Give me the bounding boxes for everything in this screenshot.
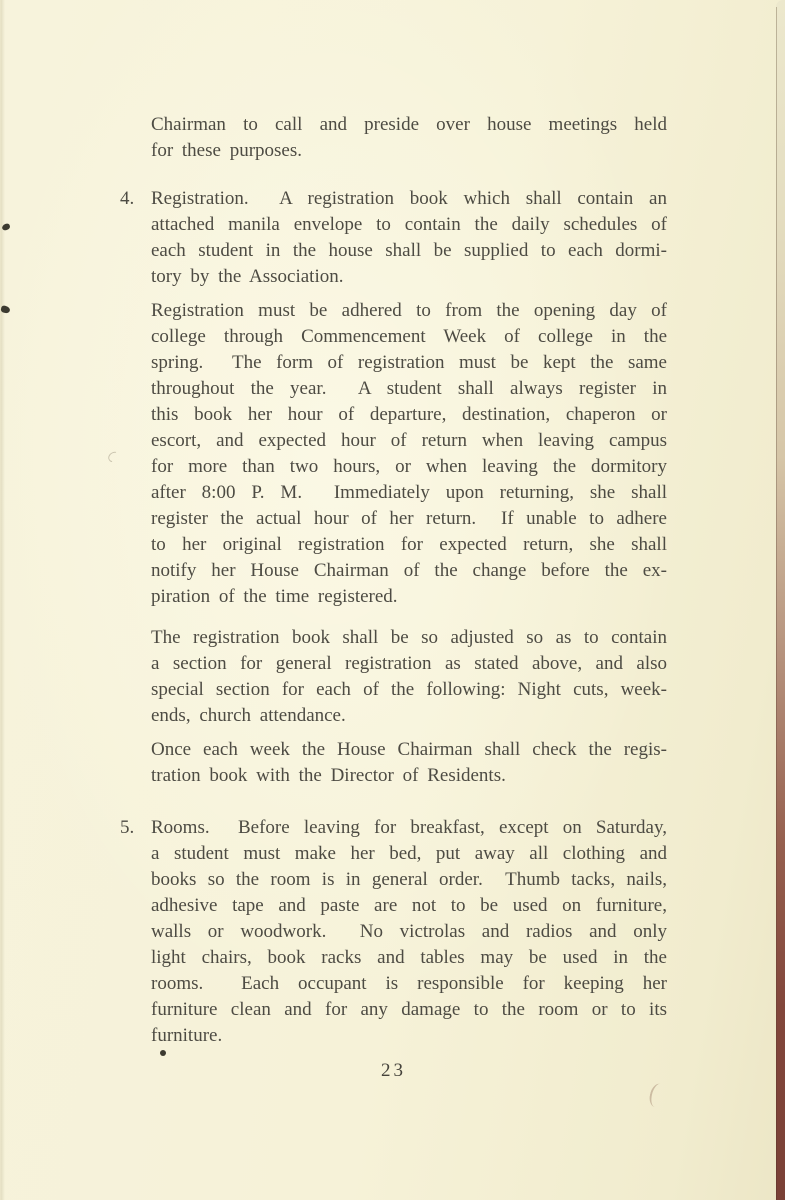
paragraph-text: Registration. A registration book which … [151, 186, 667, 290]
text-line: attached manila envelope to contain the … [151, 212, 667, 238]
paragraph: Registration must be adhered to from the… [120, 298, 667, 610]
text-line: escort, and expected hour of return when… [151, 428, 667, 454]
text-line: each student in the house shall be suppl… [151, 238, 667, 264]
item-number: 5. [120, 815, 150, 841]
text-line: for these purposes. [151, 138, 667, 164]
text-line: after 8:00 P. M. Immediately upon return… [151, 480, 667, 506]
text-line: Registration. A registration book which … [151, 186, 667, 212]
text-line: register the actual hour of her return. … [151, 506, 667, 532]
book-cover-edge [776, 0, 785, 1200]
paragraph-text: The registration book shall be so adjust… [151, 625, 667, 729]
text-line: notify her House Chairman of the change … [151, 558, 667, 584]
text-line: throughout the year. A student shall alw… [151, 376, 667, 402]
paragraph: Once each week the House Chairman shall … [120, 737, 667, 789]
text-line: college through Commencement Week of col… [151, 324, 667, 350]
page-left-edge [0, 0, 5, 1200]
numbered-item: 4.Registration. A registration book whic… [120, 186, 667, 290]
text-line: Chairman to call and preside over house … [151, 112, 667, 138]
item-number: 4. [120, 186, 150, 212]
text-line: Registration must be adhered to from the… [151, 298, 667, 324]
text-line: walls or woodwork. No victrolas and radi… [151, 919, 667, 945]
text-line: spring. The form of registration must be… [151, 350, 667, 376]
text-line: The registration book shall be so adjust… [151, 625, 667, 651]
paragraph-text: Rooms. Before leaving for breakfast, exc… [151, 815, 667, 1049]
text-line: Once each week the House Chairman shall … [151, 737, 667, 763]
text-line: books so the room is in general order. T… [151, 867, 667, 893]
ink-speck [160, 1050, 166, 1056]
text-line: tration book with the Director of Reside… [151, 763, 667, 789]
text-line: tory by the Association. [151, 264, 667, 290]
text-line: special section for each of the followin… [151, 677, 667, 703]
text-line: this book her hour of departure, destina… [151, 402, 667, 428]
paragraph-text: Chairman to call and preside over house … [151, 112, 667, 164]
text-line: a student must make her bed, put away al… [151, 841, 667, 867]
text-line: piration of the time registered. [151, 584, 667, 610]
paragraph-text: Registration must be adhered to from the… [151, 298, 667, 610]
page-right-edge-line [776, 7, 777, 1200]
text-column: Chairman to call and preside over house … [120, 112, 667, 1049]
numbered-item: 5.Rooms. Before leaving for breakfast, e… [120, 815, 667, 1049]
text-line: furniture clean and for any damage to th… [151, 997, 667, 1023]
paragraph: The registration book shall be so adjust… [120, 625, 667, 729]
text-line: adhesive tape and paste are not to be us… [151, 893, 667, 919]
paragraph: Chairman to call and preside over house … [120, 112, 667, 164]
page-number: 23 [120, 1060, 667, 1082]
text-line: light chairs, book racks and tables may … [151, 945, 667, 971]
text-line: for more than two hours, or when leaving… [151, 454, 667, 480]
text-line: a section for general registration as st… [151, 651, 667, 677]
text-line: Rooms. Before leaving for breakfast, exc… [151, 815, 667, 841]
text-line: furniture. [151, 1023, 667, 1049]
text-line: to her original registration for expecte… [151, 532, 667, 558]
paragraph-text: Once each week the House Chairman shall … [151, 737, 667, 789]
text-line: ends, church attendance. [151, 703, 667, 729]
text-line: rooms. Each occupant is responsible for … [151, 971, 667, 997]
